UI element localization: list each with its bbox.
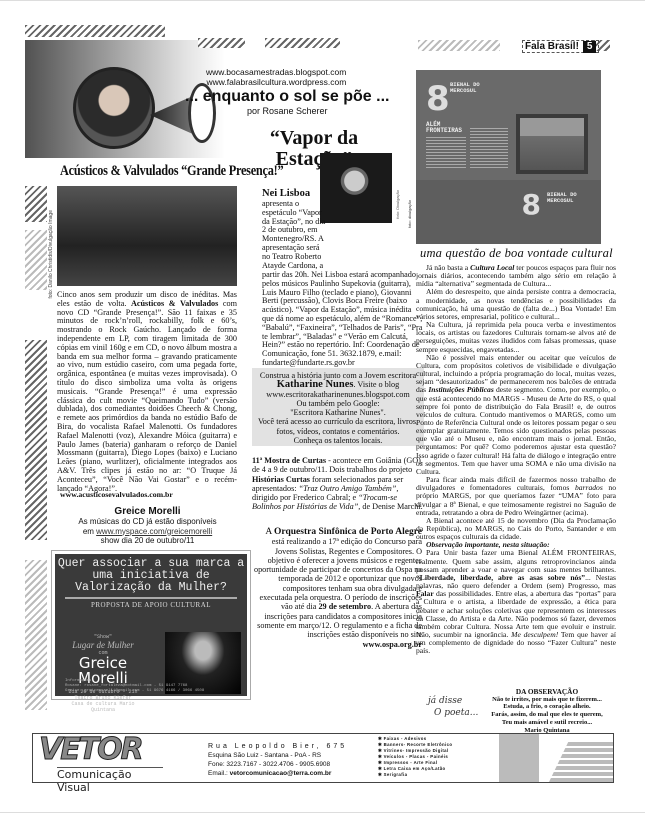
article-intro-vapor: apresenta o espetáculo “Vapor da Estação… bbox=[262, 200, 328, 270]
email-link[interactable]: vetorcomunicacao@terra.com.br bbox=[230, 770, 332, 777]
info-label: Informações bbox=[65, 679, 91, 683]
vetor-address: Rua Leopoldo Bier, 675 Esquina São Luiz … bbox=[163, 734, 323, 782]
film-title: “Traz Outro Amigo Também” bbox=[299, 484, 397, 493]
article-body-acusticos: Cinco anos sem produzir um disco de inéd… bbox=[57, 291, 237, 493]
byline: por Rosane Scherer bbox=[247, 106, 328, 116]
bienal-photo: 8 BIENAL DO MERCOSUL ALÉM FRONTEIRAS bbox=[416, 70, 601, 180]
poem-line: Teu mais amável e sutil recreio... bbox=[477, 719, 617, 727]
hatch-decoration bbox=[25, 186, 47, 222]
band-photo bbox=[57, 186, 237, 286]
blog-url-1[interactable]: www.bocasamestradas.blogspot.com bbox=[206, 67, 346, 77]
article-body-boa-vontade: Já não basta a Cultura Local ter poucos … bbox=[416, 264, 616, 656]
hatch-decoration bbox=[25, 230, 47, 290]
poem-box: DA OBSERVAÇÃO Não te irrites, por mais q… bbox=[477, 688, 617, 734]
service-item: Banners- Recorte Eletrônico bbox=[384, 742, 453, 747]
stripe-graphic bbox=[549, 742, 613, 782]
hatch-decoration bbox=[265, 38, 340, 48]
box-text: Conheça os talentos locais. bbox=[294, 436, 383, 445]
page-tag: Fala Brasil! 5 bbox=[522, 40, 599, 53]
box-text: "Escritora Katharine Nunes". bbox=[290, 408, 386, 417]
article-title-acusticos: Acústicos & Valvulados “Grande Presença!… bbox=[60, 163, 283, 180]
bienal-logo-name: BIENAL DO MERCOSUL bbox=[450, 82, 480, 94]
body-text: com novo CD “Grande Presença!”. São 11 f… bbox=[57, 299, 237, 493]
page-number: 5 bbox=[583, 41, 597, 53]
promo-proposal: PROPOSTA DE APOIO CULTURAL bbox=[55, 601, 247, 609]
article-curtas: 11ª Mostra de Curtas - acontece em Goiân… bbox=[252, 456, 424, 512]
publication-name: Fala Brasil! bbox=[525, 41, 579, 53]
bienal-logo-number: 8 bbox=[426, 82, 450, 116]
promo-ad: Quer associar a sua marca a uma iniciati… bbox=[55, 554, 247, 696]
divider bbox=[65, 597, 237, 599]
bienal-photo-2: 8 BIENAL DO MERCOSUL bbox=[416, 180, 601, 244]
body-text: , de Denise Marchi. bbox=[358, 502, 422, 511]
promo-contacts: Informações Rosane: rosane_fortaleza@hot… bbox=[65, 679, 245, 694]
hatch-decoration bbox=[198, 38, 245, 48]
show-title: Lugar de Mulher bbox=[63, 640, 143, 650]
section-title: ... enquanto o sol se põe ... bbox=[185, 88, 389, 106]
hatch-decoration bbox=[418, 40, 500, 51]
exhibit-title: ALÉM FRONTEIRAS bbox=[426, 122, 466, 134]
email-label: Email.: bbox=[208, 770, 230, 777]
service-item: Impressos - Arte Final bbox=[384, 760, 438, 765]
wall-text bbox=[470, 128, 508, 168]
article-paragraph: Não é possível mais entender ou aceitar … bbox=[416, 354, 616, 476]
service-item: Serigrafia bbox=[384, 772, 408, 777]
ospa-link[interactable]: www.ospa.org.br bbox=[363, 640, 422, 649]
nei-lisboa-photo bbox=[320, 153, 392, 223]
blog-url-2[interactable]: www.falabrasilcultura.wordpress.com bbox=[206, 77, 346, 87]
painting-weingartner bbox=[516, 114, 588, 174]
author-portrait bbox=[73, 67, 155, 149]
project-name: Histórias Curtas bbox=[252, 475, 310, 484]
promo-ad-box: Quer associar a sua marca a uma iniciati… bbox=[51, 550, 251, 700]
article-body-vapor: partir das 20h. Nei Lisboa estará acompa… bbox=[262, 271, 424, 377]
vetor-graphic bbox=[499, 734, 613, 782]
box-text: . Visite o blog bbox=[353, 380, 399, 389]
org-name: Orquestra Sinfônica de Porto Alegre bbox=[274, 527, 422, 537]
article-ospa: A Orquestra Sinfônica de Porto Alegre es… bbox=[252, 527, 422, 649]
service-item: Vitrines- Impressão Digital bbox=[384, 748, 449, 753]
service-item: Letra Caixa em Aço/Latão bbox=[384, 766, 446, 771]
myspace-link[interactable]: www.myspace.com/greicemorelli bbox=[96, 527, 212, 536]
article-paragraph: Na Cultura, já reprimida pela pouca verb… bbox=[416, 321, 616, 354]
artist-name: Greice Morelli bbox=[60, 506, 235, 517]
signature-line: O poeta... bbox=[428, 707, 478, 719]
poem-heading: DA OBSERVAÇÃO bbox=[477, 688, 617, 696]
show-info: "Show" Lugar de Mulher com Greice Morell… bbox=[63, 634, 143, 713]
notice-line: em bbox=[83, 527, 96, 536]
notice-line: As músicas do CD já estão disponíveis bbox=[60, 517, 235, 527]
artist-name: Nei Lisboa bbox=[262, 188, 310, 199]
deadline: 29 de setembro bbox=[318, 602, 371, 611]
page-top-border bbox=[0, 0, 645, 1]
phone: Fone: 3223.7167 - 3022.4706 - 9905.6908 bbox=[208, 760, 323, 769]
article-title-boa-vontade: uma questão de boa vontade cultural bbox=[420, 246, 613, 261]
service-item: Faixas - Adesivos bbox=[384, 736, 427, 741]
photo-credit: foto: Divulgação bbox=[395, 190, 400, 219]
article-paragraph: Para Unir basta fazer uma Bienal ALÉM FR… bbox=[416, 549, 616, 655]
vetor-logo-text: VETOR bbox=[39, 732, 142, 767]
vetor-advertisement: VETOR Comunicação Visual Rua Leopoldo Bi… bbox=[32, 733, 614, 783]
box-text: Você terá acesso ao currículo da escrito… bbox=[258, 417, 418, 435]
poem-line: Farás, assim, do mal que eles te querem, bbox=[477, 711, 617, 719]
street: Rua Leopoldo Bier, 675 bbox=[208, 742, 323, 751]
photo-credit: foto: divulgação bbox=[407, 200, 412, 228]
corner: Esquina São Luiz - Santana - PoA - RS bbox=[208, 751, 323, 760]
signature: já disse O poeta... bbox=[428, 695, 478, 719]
vetor-logo: VETOR Comunicação Visual bbox=[33, 734, 163, 782]
show-venue-2: Casa de cultura Mario Quintana bbox=[63, 701, 143, 713]
hatch-decoration bbox=[25, 25, 165, 37]
bienal-logo-number: 8 bbox=[522, 188, 541, 221]
poem-line: Não te irrites, por mais que te fizerem.… bbox=[477, 696, 617, 704]
hatch-decoration bbox=[25, 340, 47, 540]
body-text: A bbox=[265, 527, 274, 537]
wall-text bbox=[426, 137, 466, 169]
katharine-box: Construa a história junto com a Jovem es… bbox=[252, 368, 424, 446]
bienal-logo-name: BIENAL DO MERCOSUL bbox=[547, 192, 587, 204]
band-website-link[interactable]: www.acusticosevalvulados.com.br bbox=[60, 490, 173, 499]
blog-link[interactable]: www.escritorakatharinenunes.blogspot.com bbox=[266, 390, 409, 399]
promo-question: Quer associar a sua marca a uma iniciati… bbox=[55, 554, 247, 594]
poem-line: Estuda, a frio, o coração alheio. bbox=[477, 703, 617, 711]
article-paragraph: Já não basta a Cultura Local ter poucos … bbox=[416, 264, 616, 288]
event-title: 11ª Mostra de Curtas bbox=[252, 456, 326, 465]
article-paragraph: Além do desrespeito, que ainda persiste … bbox=[416, 288, 616, 321]
vetor-services: ✱ Faixas - Adesivos ✱ Banners- Recorte E… bbox=[323, 734, 451, 782]
hatch-decoration bbox=[25, 560, 47, 710]
box-text: Ou também pelo Google: bbox=[297, 399, 380, 408]
photo-credit: foto: Danilo Christidis/Divulgação Image bbox=[48, 210, 54, 299]
body-text: está realizando a 17ª edição do Concurso… bbox=[254, 537, 422, 611]
vetor-tagline: Comunicação Visual bbox=[57, 767, 163, 794]
service-item: Veículos - Placas - Painéis bbox=[384, 754, 449, 759]
contact-greice: Greice: greicemorelli@gmail.com - 51 967… bbox=[65, 689, 245, 694]
article-paragraph: A Bienal acontece até 15 de novembro (Di… bbox=[416, 517, 616, 541]
greice-notice: Greice Morelli As músicas do CD já estão… bbox=[60, 506, 235, 546]
show-date: show dia 20 de outubro/11 bbox=[60, 536, 235, 546]
blog-urls: www.bocasamestradas.blogspot.com www.fal… bbox=[206, 67, 346, 87]
page-bottom-border bbox=[0, 812, 645, 813]
band-name: Acústicos & Valvulados bbox=[131, 299, 218, 308]
body-text: partir das 20h. Nei Lisboa estará acompa… bbox=[262, 270, 422, 367]
article-paragraph: Para ficar ainda mais difícil de fazermo… bbox=[416, 476, 616, 517]
signature-line: já disse bbox=[428, 695, 478, 707]
